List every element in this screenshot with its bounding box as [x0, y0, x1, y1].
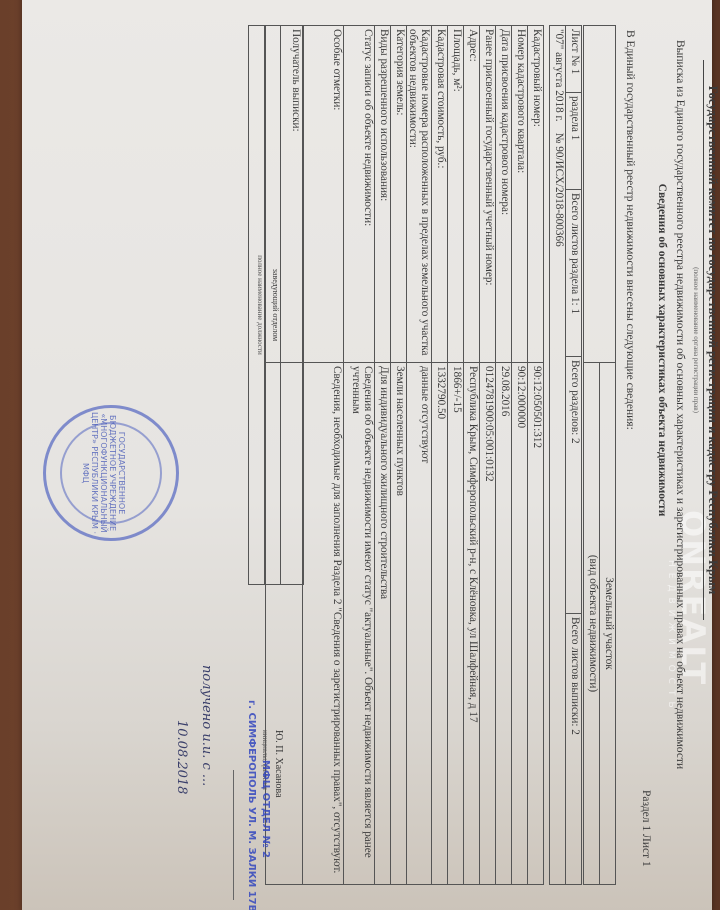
field-label: Адрес:	[464, 26, 480, 363]
signature-line	[233, 770, 234, 900]
signer-name: Ю. П. Хасанова	[273, 730, 284, 798]
field-label: Ранее присвоенный государственный учетны…	[480, 26, 496, 363]
document-photo: ONREALT НЕДВИЖИМОСТЬ Государственный ком…	[22, 0, 712, 910]
handwritten-date: 10.08.2018	[174, 720, 189, 794]
field-value: 0124781900:05:001:0132	[480, 363, 496, 885]
authority-caption: (полное наименование органа регистрации …	[692, 60, 700, 620]
intro-text: В Единый государственный реестр недвижим…	[624, 30, 636, 430]
field-value: Сведения, необходимые для заполнения Раз…	[303, 363, 344, 885]
table-row: Особые отметки:Сведения, необходимые для…	[303, 26, 344, 885]
field-value: 90:12:050501:312	[528, 363, 544, 885]
field-value: 90:12:000000	[512, 363, 528, 885]
signature-table: заведующий отделом полное наименование д…	[248, 25, 304, 585]
field-label: Виды разрешенного использования:	[375, 26, 391, 363]
round-seal: ГОСУДАРСТВЕННОЕ БЮДЖЕТНОЕ УЧРЕЖДЕНИЕ «МН…	[43, 405, 179, 541]
table-row: Кадастровая стоимость, руб.:1332790.50	[432, 26, 448, 885]
authority-name: Государственный комитет по государственн…	[703, 60, 720, 620]
mfc-stamp-line-2: г. СИМФЕРОПОЛЬ УЛ. М. ЗАЛКИ 17В	[246, 700, 257, 910]
field-value: Сведения об объекте недвижимости имеют с…	[344, 363, 375, 885]
total-sheets: Всего листов выписки: 2	[566, 614, 582, 885]
sheet-meta-table: Лист № 1 раздела 1 Всего листов раздела …	[549, 25, 582, 885]
field-value: 29.08.2016	[496, 363, 512, 885]
object-type-table: Земельный участок (вид объекта недвижимо…	[583, 25, 616, 885]
field-value: 1866+/-15	[448, 363, 464, 885]
table-row: Площадь, м²:1866+/-15	[448, 26, 464, 885]
signer-position-caption: полное наименование должности	[249, 26, 265, 585]
table-row: Номер кадастрового квартала:90:12:000000	[512, 26, 528, 885]
seal-text: ГОСУДАРСТВЕННОЕ БЮДЖЕТНОЕ УЧРЕЖДЕНИЕ «МН…	[81, 408, 126, 538]
extract-title: Выписка из Единого государственного реес…	[674, 40, 686, 769]
field-value: данные отсутствуют	[407, 363, 432, 885]
field-label: Номер кадастрового квартала:	[512, 26, 528, 363]
section-number: раздела 1	[566, 93, 582, 190]
field-label: Статус записи об объекте недвижимости:	[344, 26, 375, 363]
field-value: Республика Крым, Симферопольский р-н, с …	[464, 363, 480, 885]
extract-date: "07" августа 2018 г.	[553, 29, 565, 122]
section-sheets: Всего листов раздела 1: 1	[566, 190, 582, 357]
handwritten-note-1: получено и.и. с ...	[199, 665, 214, 786]
characteristics-table: Кадастровый номер:90:12:050501:312Номер …	[265, 25, 544, 885]
field-value: Земли населенных пунктов	[391, 363, 407, 885]
signer-position: заведующий отделом	[265, 26, 281, 585]
registry-extract-page: ONREALT НЕДВИЖИМОСТЬ Государственный ком…	[44, 0, 720, 910]
extract-date-number: "07" августа 2018 г. № 90/ИСХ/2018-80036…	[550, 26, 566, 885]
table-row: Статус записи об объекте недвижимости:Св…	[344, 26, 375, 885]
field-label: Кадастровые номера расположенных в преде…	[407, 26, 432, 363]
total-sections: Всего разделов: 2	[566, 357, 582, 614]
section-title: Сведения об основных характеристиках объ…	[656, 40, 668, 660]
extract-number: № 90/ИСХ/2018-800366	[553, 133, 565, 247]
table-row: Категория земель:Земли населенных пункто…	[391, 26, 407, 885]
table-row: Кадастровые номера расположенных в преде…	[407, 26, 432, 885]
table-row: Кадастровый номер:90:12:050501:312	[528, 26, 544, 885]
field-label: Особые отметки:	[303, 26, 344, 363]
field-label: Дата присвоения кадастрового номера:	[496, 26, 512, 363]
table-row: Виды разрешенного использования:Для инди…	[375, 26, 391, 885]
table-row: Адрес:Республика Крым, Симферопольский р…	[464, 26, 480, 885]
object-type-caption: (вид объекта недвижимости)	[584, 363, 600, 885]
section-sheet-label: Раздел 1 Лист 1	[640, 790, 652, 867]
field-label: Категория земель:	[391, 26, 407, 363]
sheet-number: Лист № 1	[566, 26, 582, 93]
field-label: Кадастровый номер:	[528, 26, 544, 363]
field-label: Кадастровая стоимость, руб.:	[432, 26, 448, 363]
field-value: 1332790.50	[432, 363, 448, 885]
object-type: Земельный участок	[600, 363, 616, 885]
table-row: Дата присвоения кадастрового номера:29.0…	[496, 26, 512, 885]
field-label: Площадь, м²:	[448, 26, 464, 363]
field-value: Для индивидуального жилищного строительс…	[375, 363, 391, 885]
table-row: Ранее присвоенный государственный учетны…	[480, 26, 496, 885]
mfc-stamp-line-1: МФЦ ОТДЕЛ № 2	[260, 760, 271, 858]
